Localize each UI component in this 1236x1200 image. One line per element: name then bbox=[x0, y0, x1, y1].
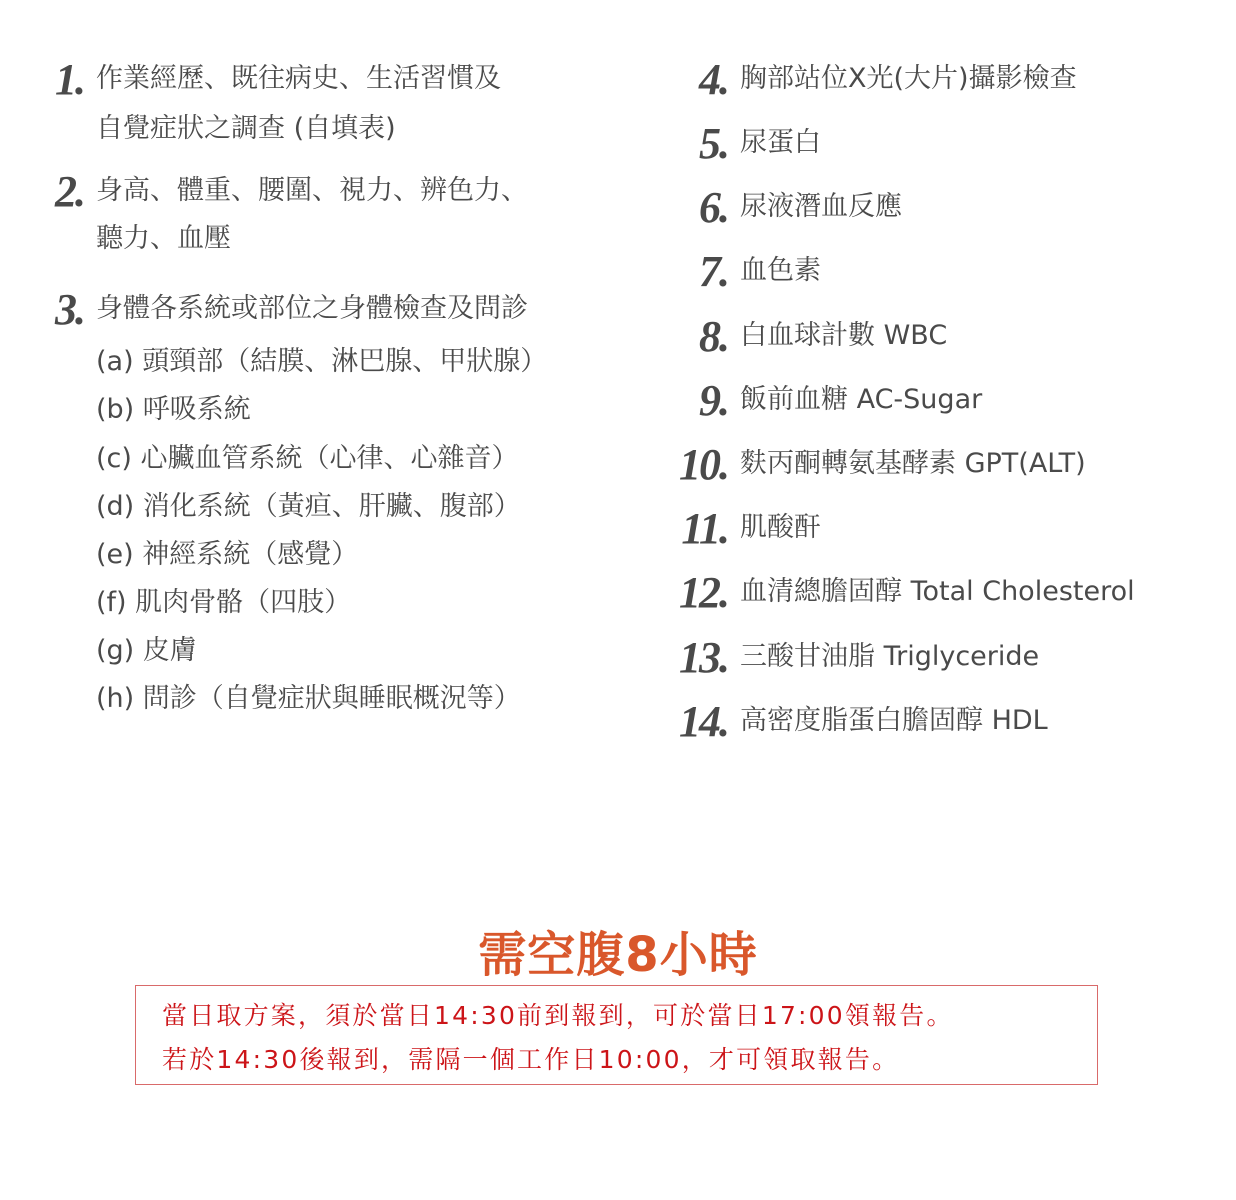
item-text: 白血球計數 WBC bbox=[740, 311, 947, 361]
item-text: 胸部站位X光(大片)攝影檢查 bbox=[740, 54, 1077, 104]
item-number: 6. bbox=[670, 186, 728, 230]
item-number: 5. bbox=[670, 122, 728, 166]
item-number: 12. bbox=[662, 571, 728, 615]
item-number: 7. bbox=[670, 250, 728, 294]
item-number: 4. bbox=[670, 58, 728, 102]
item-text: 飯前血糖 AC-Sugar bbox=[740, 375, 982, 425]
item-number: 13. bbox=[662, 636, 728, 680]
right-checkup-list: 4. 胸部站位X光(大片)攝影檢查 5. 尿蛋白 6. 尿液潛血反應 7. 血色… bbox=[0, 0, 1236, 760]
item-number: 14. bbox=[662, 700, 728, 744]
item-text: 高密度脂蛋白膽固醇 HDL bbox=[740, 696, 1048, 746]
item-text: 尿液潛血反應 bbox=[740, 182, 902, 232]
item-number: 9. bbox=[670, 379, 728, 423]
item-text: 麩丙酮轉氨基酵素 GPT(ALT) bbox=[740, 439, 1086, 489]
item-text: 血清總膽固醇 Total Cholesterol bbox=[740, 567, 1135, 617]
item-text: 三酸甘油脂 Triglyceride bbox=[740, 632, 1039, 682]
item-number: 11. bbox=[662, 507, 728, 551]
item-number: 10. bbox=[662, 443, 728, 487]
notice-line-same-day: 當日取方案，須於當日14:30前到報到，可於當日17:00領報告。 bbox=[162, 996, 954, 1036]
item-text: 尿蛋白 bbox=[740, 118, 821, 168]
report-pickup-notice: 當日取方案，須於當日14:30前到報到，可於當日17:00領報告。 若於14:3… bbox=[135, 985, 1098, 1085]
fasting-requirement-title: 需空腹8小時 bbox=[0, 920, 1236, 990]
item-text: 肌酸酐 bbox=[740, 503, 821, 553]
item-text: 血色素 bbox=[740, 246, 821, 296]
item-number: 8. bbox=[670, 315, 728, 359]
notice-line-late-arrival: 若於14:30後報到，需隔一個工作日10:00，才可領取報告。 bbox=[162, 1040, 899, 1080]
